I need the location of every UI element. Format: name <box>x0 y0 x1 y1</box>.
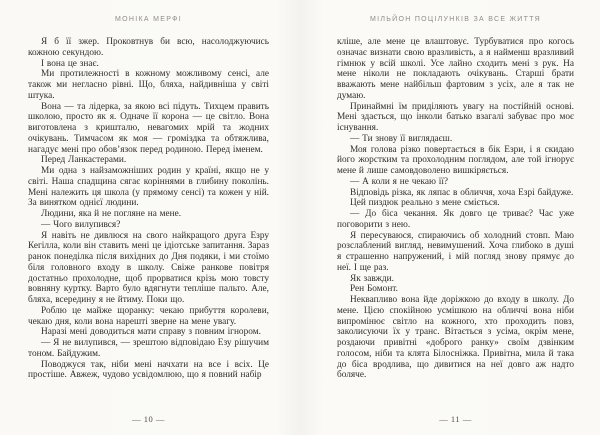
paragraph: Ми одна з найзаможніших родин у країні, … <box>28 166 269 209</box>
paragraph: Я б її зжер. Проковтнув би всю, насолодж… <box>28 37 269 59</box>
page-right: МІЛЬЙОН ПОЦІЛУНКІВ ЗА ВСЕ ЖИТТЯ кліше, а… <box>337 0 574 435</box>
paragraph: Вона — та лідерка, за якою всі підуть. Т… <box>28 102 269 156</box>
book-spread: МОНІКА МЕРФІ Я б її зжер. Проковтнув би … <box>0 0 600 435</box>
paragraph: — До біса чекання. Як довго це триває? Ч… <box>337 209 574 231</box>
paragraph: Неквапливо вона йде доріжкою до входу в … <box>337 295 574 381</box>
page-left-text: Я б її зжер. Проковтнув би всю, насолодж… <box>28 37 269 381</box>
paragraph: — А коли я не чекаю її? <box>337 177 574 188</box>
paragraph: Я навіть не дивлюся на свого найкращого … <box>28 231 269 306</box>
paragraph: Рен Бомонт. <box>337 284 574 295</box>
paragraph: Наразі мені доводиться мати справу з пов… <box>28 327 269 338</box>
paragraph: Роблю це майже щоранку: чекаю прибуття к… <box>28 306 269 328</box>
paragraph: Поводжуся так, ніби мені начхати на все … <box>28 360 269 382</box>
paragraph: — Чого вилупився? <box>28 220 269 231</box>
paragraph: кліше, але мене це влаштовує. Турбуватис… <box>337 37 574 102</box>
paragraph: Ми протилежності в кожному можливому сен… <box>28 69 269 101</box>
page-number-right: — 11 — <box>337 414 574 424</box>
paragraph: Перед Ланкастерами. <box>28 155 269 166</box>
paragraph: Людини, яка й не погляне на мене. <box>28 209 269 220</box>
paragraph: — Ти знову її виглядаєш. <box>337 134 574 145</box>
paragraph: Цей пиздюк реально з мене сміється. <box>337 198 574 209</box>
paragraph: Як завжди. <box>337 274 574 285</box>
running-header-author: МОНІКА МЕРФІ <box>28 16 269 23</box>
page-right-text: кліше, але мене це влаштовує. Турбуватис… <box>337 37 574 381</box>
page-left: МОНІКА МЕРФІ Я б її зжер. Проковтнув би … <box>28 0 269 435</box>
paragraph: Я пересуваюся, спираючись об холодний ст… <box>337 231 574 274</box>
running-header-title: МІЛЬЙОН ПОЦІЛУНКІВ ЗА ВСЕ ЖИТТЯ <box>337 16 574 23</box>
page-number-left: — 10 — <box>28 414 269 424</box>
paragraph: І вона це знає. <box>28 59 269 70</box>
paragraph: Принаймні їм приділяють увагу на постійн… <box>337 102 574 134</box>
paragraph: Моя голова різко повертається в бік Езри… <box>337 145 574 177</box>
paragraph: Відповідь різка, як ляпас в обличчя, хоч… <box>337 188 574 199</box>
paragraph: — Я не вилупився, — зрештою відповідаю Е… <box>28 338 269 360</box>
